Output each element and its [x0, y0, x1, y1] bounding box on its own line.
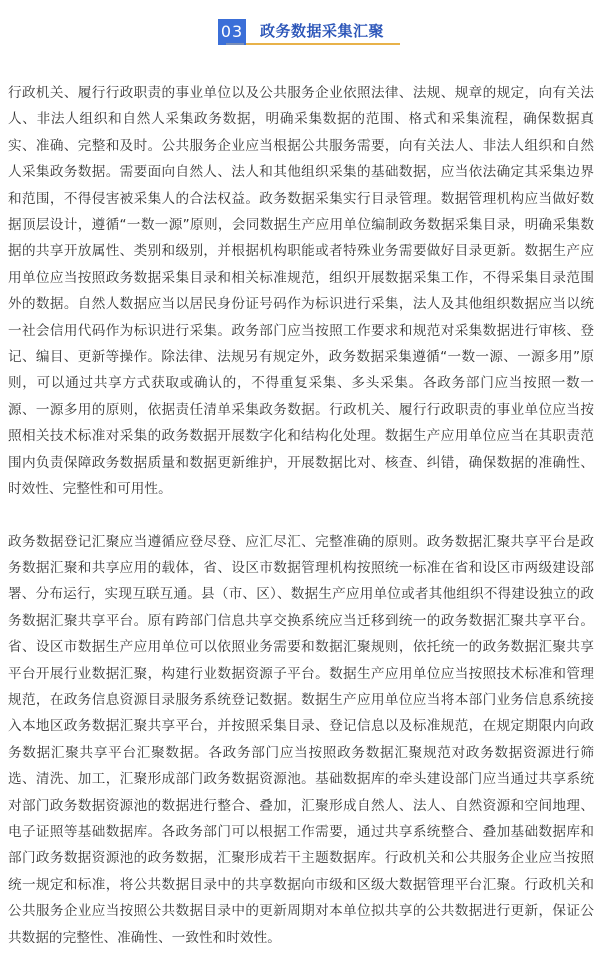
section-header: 03 政务数据采集汇聚 [218, 19, 400, 45]
section-title-wrap: 政务数据采集汇聚 [246, 19, 400, 45]
title-underline-divider [246, 43, 400, 45]
paragraph-data-aggregation: 政务数据登记汇聚应当遵循应登尽登、应汇尽汇、完整准确的原则。政务数据汇聚共享平台… [8, 529, 594, 952]
paragraph-data-collection: 行政机关、履行行政职责的事业单位以及公共服务企业依照法律、法规、规章的规定，向有… [8, 80, 594, 503]
section-number-badge: 03 [218, 19, 246, 45]
section-title: 政务数据采集汇聚 [260, 19, 400, 43]
article-body: 行政机关、履行行政职责的事业单位以及公共服务企业依照法律、法规、规章的规定，向有… [8, 80, 594, 951]
